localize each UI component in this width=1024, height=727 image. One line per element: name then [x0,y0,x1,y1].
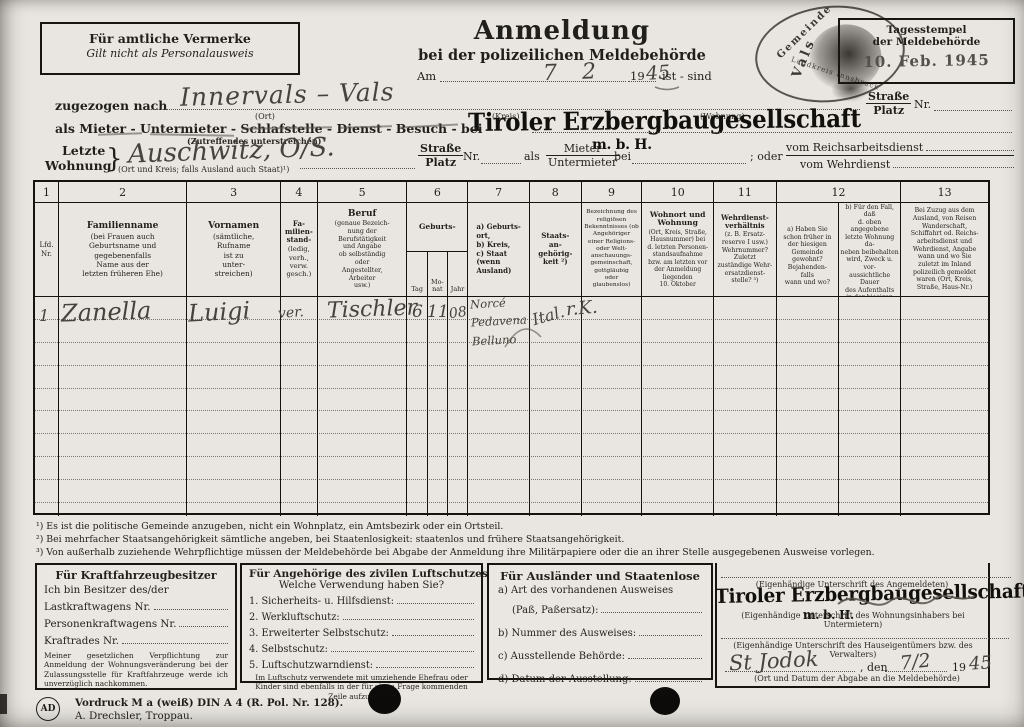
letzte-wohnung-handwritten: Auschwitz, O/S. [128,132,336,169]
auslaender-item-c: c) Ausstellende Behörde: [498,651,625,662]
mieter-untermieter-field: Mieter Untermieter [546,142,619,169]
geburt-subheaders: Tag Mo- nat Jahr [407,252,467,296]
auslaender-item-a1: a) Art des vorhandenen Ausweises [498,585,702,596]
col-header-vornamen: Vornamen (sämtliche, Rufname ist zu unte… [187,203,281,296]
col-header-geburtsort: a) Geburts- ort, b) Kreis, c) Staat (wen… [468,203,530,296]
table-row [35,480,988,503]
zugezogen-handwritten: Innervals – Vals [180,77,395,112]
auslaender-item-b: b) Nummer des Ausweises: [498,628,636,639]
am-label: Am [417,69,436,83]
bei-dotted-mid [632,163,746,164]
letzte-label: Letzte [62,143,105,158]
col-num: 1 [35,182,59,202]
signature-line-1 [721,577,1011,578]
zuzug-a: a) Haben Sie schon früher in der hiesige… [777,203,839,296]
nr-dotted-mid [481,163,521,164]
footnote-2: ²) Bei mehrfacher Staatsangehörigkeit sä… [36,533,986,546]
footer-line-1: Vordruck M a (weiß) DIN A 4 (R. Pol. Nr.… [75,697,343,709]
luftschutz-field-3 [392,625,474,636]
auslaender-field-b [639,625,702,636]
footnote-3: ³) Von außerhalb zuziehende Wehrpflichti… [36,546,986,559]
table-row [35,343,988,366]
pencil-flourish-date [655,87,679,90]
table-header-row: Lfd. Nr. Familienname (bei Frauen auch G… [35,203,988,297]
table-body [35,297,988,516]
wehrdienst-dotted [893,157,1014,168]
kfz-note: Meiner gesetzlichen Verpflichtung zur An… [44,651,228,688]
oder-label: ; oder [750,150,783,163]
platz-label-mid: Platz [418,156,463,169]
col-num: 13 [901,182,988,202]
footnote-1: ¹) Es ist die politische Gemeinde anzuge… [36,520,986,533]
table-row [35,434,988,457]
tagesstempel-line2: der Meldebehörde [840,36,1013,48]
col-num: 10 [642,182,714,202]
col-header-wehrdienst: Wehrdienst- verhältnis (z. B. Ersatz- re… [714,203,777,296]
auslaender-item-a2: (Paß, Paßersatz): [512,605,598,616]
als-label: als [524,150,540,163]
nr-dotted-top [934,110,1012,111]
table-row [35,297,988,320]
kfz-pkw-field [179,616,228,627]
col-num: 7 [468,182,530,202]
col-header-staatsangehoerigkeit: Staats- an- gehörig- keit ²) [530,203,582,296]
strasse-label: Straße [866,90,911,104]
auslaender-field-a [601,602,702,613]
signature-block: (Eigenhändige Unterschrift des Angemelde… [715,563,990,688]
col-header-zuzug-ausserhalb: Bei Zuzug von außerhalb: a) Haben Sie sc… [777,203,902,296]
punch-hole-left [368,684,401,714]
zugezogen-label: zugezogen nach [55,98,167,113]
footer-line-2: A. Drechsler, Troppau. [75,710,193,722]
auslaender-box: Für Ausländer und Staatenlose a) Art des… [487,563,713,680]
col-num: 6 [407,182,468,202]
tagesstempel-line1: Tagesstempel [840,24,1013,36]
official-remarks-box: Für amtliche Vermerke Gilt nicht als Per… [40,22,300,75]
col-header-familienstand: Fa- milien- stand- (ledig, verh., verw. … [281,203,318,296]
signature-company-stamp: Tiroler Erzbergbaugesellschaft [715,580,1024,608]
luftschutz-field-4 [331,641,474,652]
printer-logo-icon: AD [36,697,60,721]
auslaender-field-c [628,648,702,659]
kfz-title: Für Kraftfahrzeugbesitzer [44,569,228,582]
official-remarks-title: Für amtliche Vermerke [42,31,298,46]
signature-line-2 [721,638,1009,639]
registration-table: 1 2 3 4 5 6 7 8 9 10 11 12 13 Lfd. Nr. F… [33,180,990,515]
kfz-box: Für Kraftfahrzeugbesitzer Ich bin Besitz… [35,563,237,690]
luftschutz-question: Welche Verwendung haben Sie? [249,580,474,591]
ort-dotted [725,671,855,672]
kfz-lkw-label: Lastkraftwagens Nr. [44,601,151,613]
sig-year-handwritten: 45 [968,652,992,675]
zuzug-b: b) Für den Fall, daß d. oben angegebene … [839,203,900,296]
table-row [35,411,988,434]
platz-label: Platz [866,104,911,117]
nr-label-top: Nr. [914,98,931,111]
luftschutz-field-5 [376,657,474,668]
col-header-wohnort: Wohnort und Wohnung (Ort, Kreis, Straße,… [642,203,714,296]
col-header-zuzug-ausland: Bei Zuzug aus dem Ausland, von Reisen Wa… [901,203,988,296]
rad-wehrdienst-field: vom Reichsarbeitsdienst vom Wehrdienst [786,140,1014,171]
luftschutz-box: Für Angehörige des zivilen Luftschutzes … [240,563,483,683]
col-num: 4 [281,182,318,202]
table-row [35,457,988,480]
bei-dotted [532,132,1012,133]
kfz-rad-label: Kraftrades Nr. [44,635,119,647]
luftschutz-title: Für Angehörige des zivilen Luftschutzes [249,568,474,580]
luftschutz-item-4: 4. Selbstschutz: [249,644,328,655]
table-number-row: 1 2 3 4 5 6 7 8 9 10 11 12 13 [35,182,988,203]
col-num: 12 [777,182,902,202]
bei-label: bei [614,150,631,163]
datum-dotted [885,671,947,672]
untermieter-label: Untermieter [546,156,619,169]
auslaender-item-d: d) Datum der Ausstellung: [498,674,632,685]
street-field-mid: Straße Platz [418,142,463,169]
col-num: 11 [714,182,777,202]
kfz-pkw-label: Personenkraftwagens Nr. [44,618,176,630]
signature-hint-2: (Eigenhändige Unterschrift des Wohnungsi… [719,611,987,629]
luftschutz-item-3: 3. Erweiterter Selbstschutz: [249,628,389,639]
kfz-rad-field [122,633,228,644]
luftschutz-field-1 [397,593,474,604]
den-label: , den [860,661,888,674]
date-stamp: 10. Feb. 1945 [840,50,1013,71]
tagesstempel-box: Tagesstempel der Meldebehörde 10. Feb. 1… [838,18,1015,84]
kfz-intro: Ich bin Besitzer des/der [44,584,228,596]
auslaender-field-d [635,671,702,682]
footnotes: ¹) Es ist die politische Gemeinde anzuge… [36,520,986,559]
nr-label-mid: Nr. [463,150,480,163]
strasse-label-mid: Straße [418,142,463,156]
table-row [35,389,988,412]
col-num: 3 [187,182,281,202]
punch-hole-right [650,687,680,715]
kfz-lkw-field [154,599,228,610]
wehrdienst-label: vom Wehrdienst [800,158,890,171]
col-header-lfdnr: Lfd. Nr. [35,203,59,296]
street-field-top: Straße Platz [866,90,911,117]
col-num: 9 [582,182,643,202]
col-header-familienname: Familienname (bei Frauen auch Geburtsnam… [59,203,187,296]
ist-sind-label: ist - sind [662,69,712,83]
luftschutz-item-5: 5. Luftschutzwarndienst: [249,660,373,671]
wohnung-label: Wohnung [45,158,111,173]
ort-hint: (Ort) [255,112,275,121]
auslaender-title: Für Ausländer und Staatenlose [498,569,702,583]
table-row [35,320,988,343]
col-num: 2 [59,182,187,202]
col-header-beruf: Beruf (genaue Bezeich- nung der Berufstä… [318,203,408,296]
table-row [35,366,988,389]
rad-dotted [926,140,1014,151]
scanned-registration-form: Für amtliche Vermerke Gilt nicht als Per… [0,0,1024,727]
rad-label: vom Reichsarbeitsdienst [786,141,923,154]
official-remarks-subtitle: Gilt nicht als Personalausweis [42,47,298,60]
col-num: 5 [318,182,408,202]
year-dotted-line [628,81,656,82]
mieter-label: Mieter [546,142,619,156]
col-header-bekenntnis: Bezeichnung des religiösen Bekenntnisses… [582,203,643,296]
date-handwritten: 7 2 [543,59,606,86]
form-title: Anmeldung [412,16,712,46]
sig-year-print: 19 [952,661,966,674]
luftschutz-item-2: 2. Werkluftschutz: [249,612,340,623]
scan-edge-blemish [0,694,7,714]
luftschutz-item-1: 1. Sicherheits- u. Hilfsdienst: [249,596,394,607]
signature-hint-4: (Ort und Datum der Abgabe an die Meldebe… [737,674,977,683]
letzte-wohnung-dotted [300,168,415,169]
col-num: 8 [530,182,582,202]
luftschutz-field-2 [343,609,474,620]
col-header-geburt: Geburts- Tag Mo- nat Jahr [407,203,468,296]
